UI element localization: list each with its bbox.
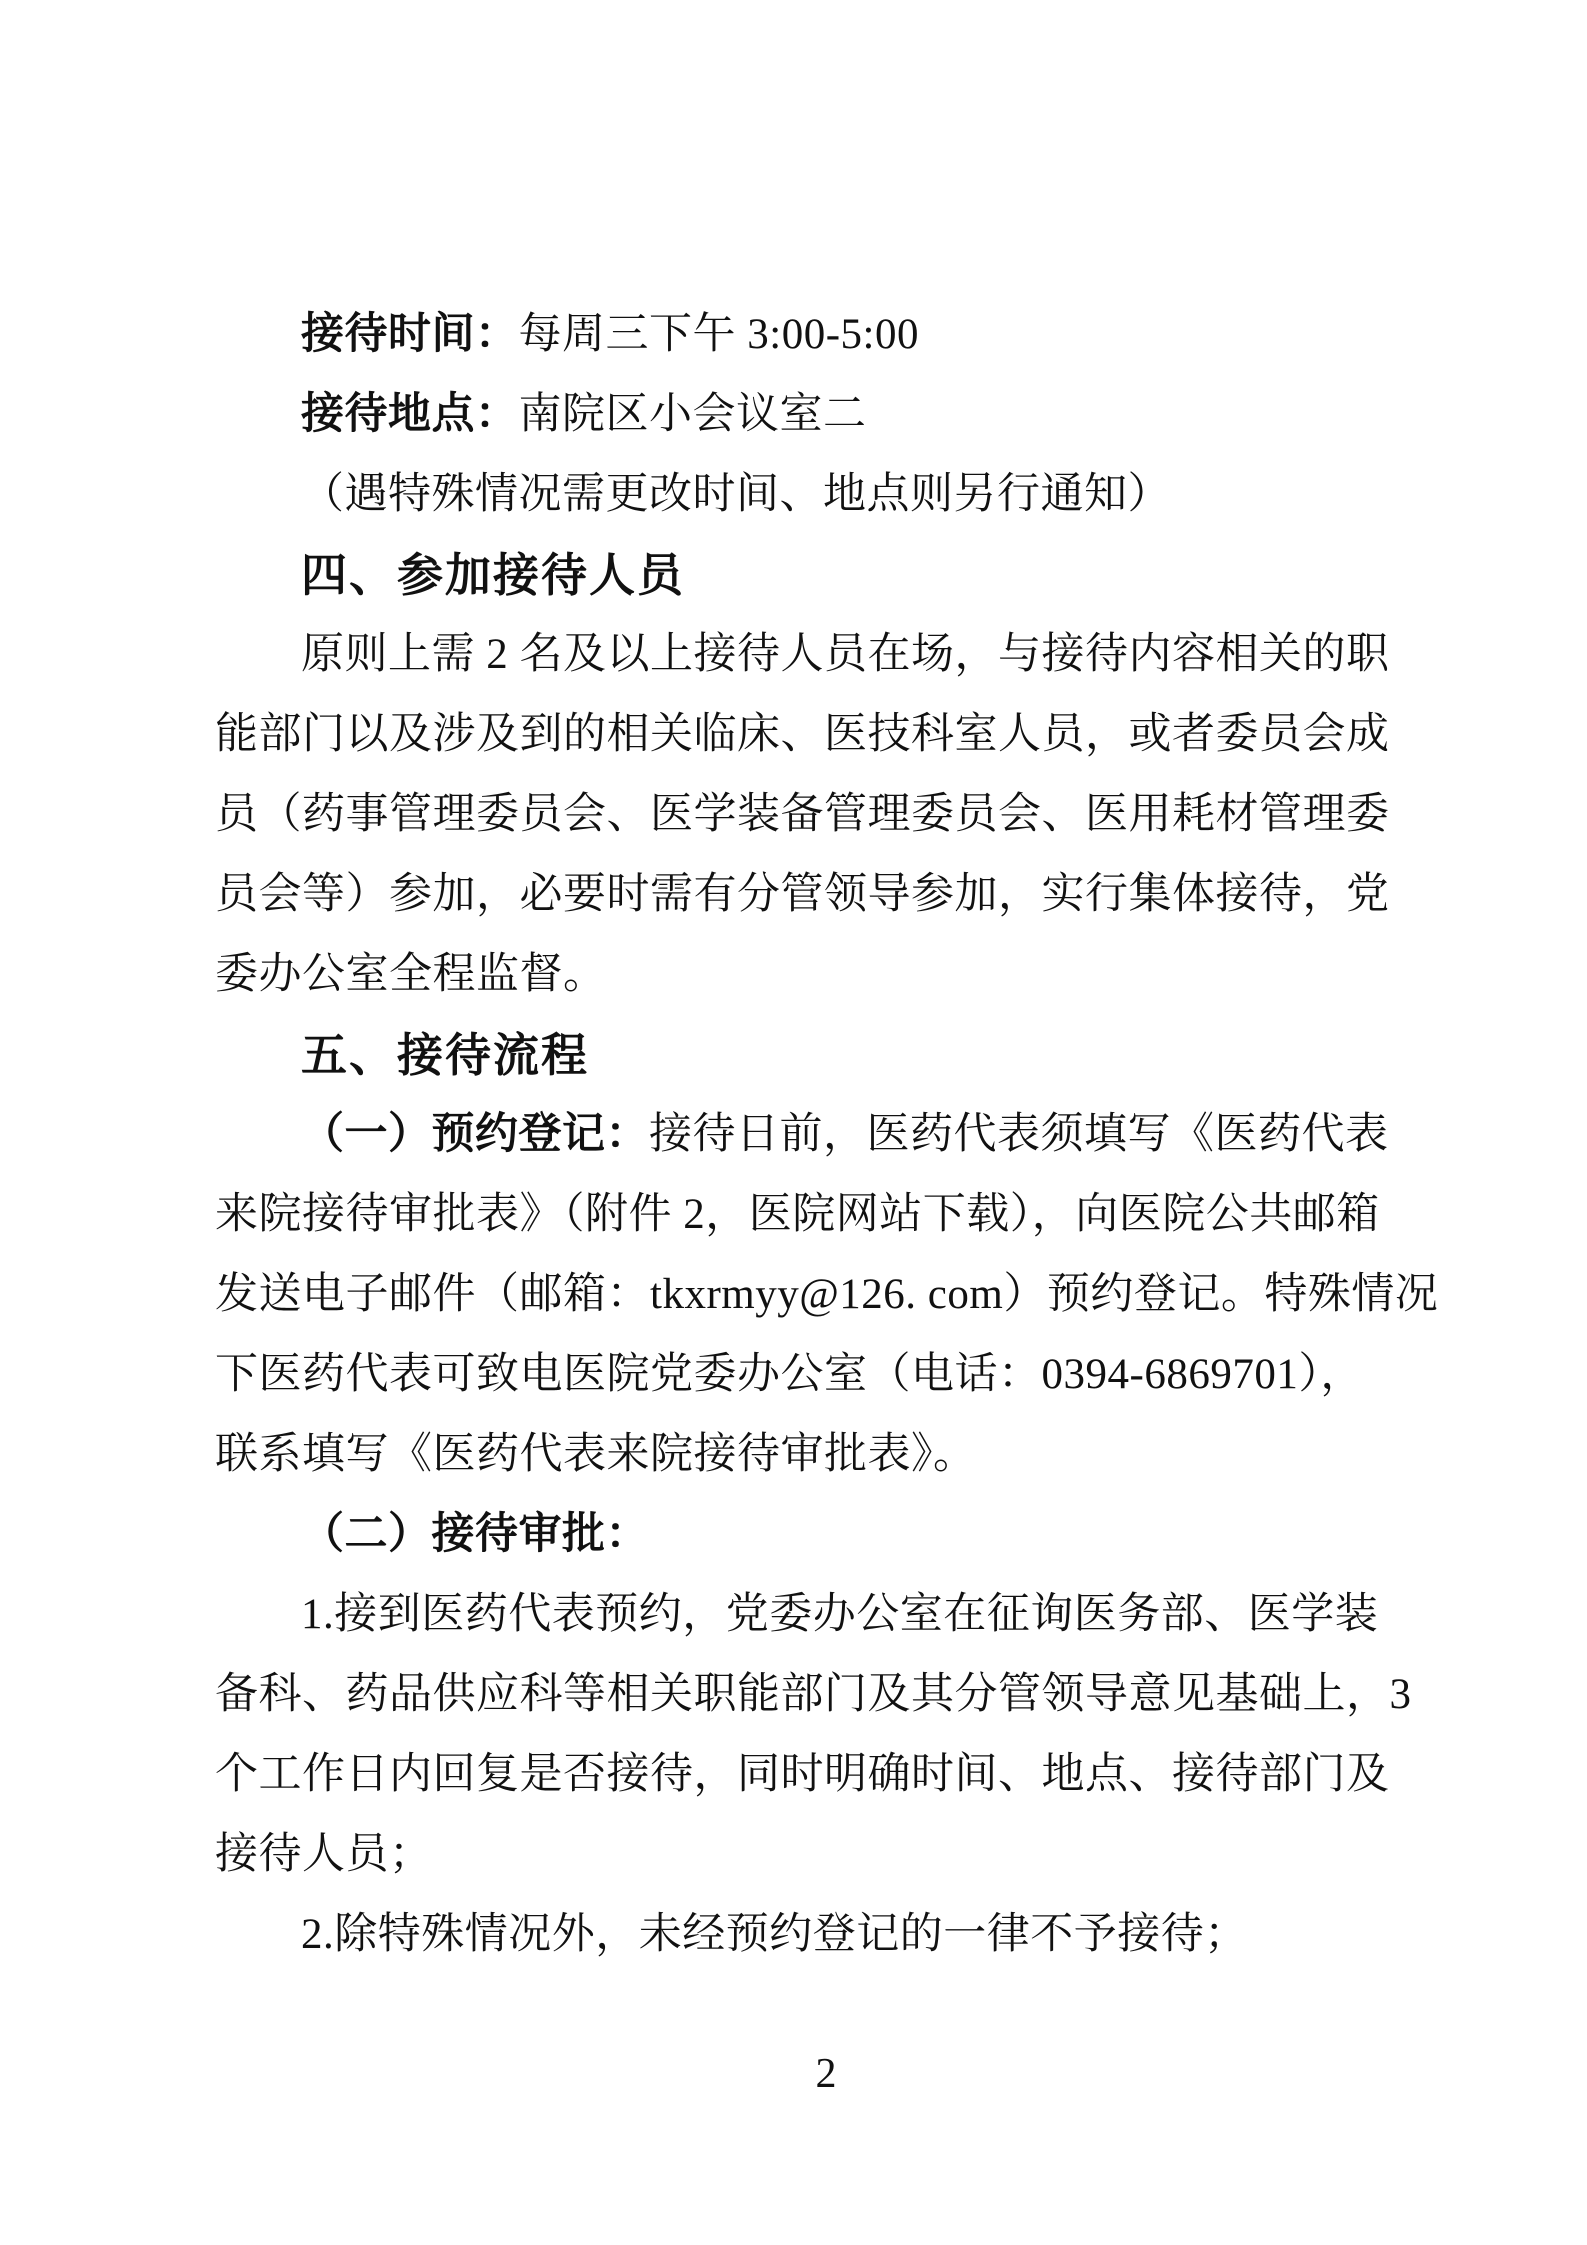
reception-place-value: 南院区小会议室二: [519, 391, 867, 438]
text-line-reception-place: 接待地点：南院区小会议室二: [215, 375, 1395, 455]
section-heading-5: 五、接待流程: [215, 1015, 1395, 1095]
text-line-registration: （一）预约登记：接待日前，医药代表须填写《医药代表: [215, 1095, 1395, 1175]
reception-time-value: 每周三下午 3:00-5:00: [519, 311, 919, 358]
text-line-phone: 下医药代表可致电医院党委办公室（电话：0394-6869701），: [215, 1335, 1395, 1415]
section-heading-5-text: 五、接待流程: [301, 1029, 589, 1081]
text-line: 员会等）参加，必要时需有分管领导参加，实行集体接待，党: [215, 855, 1395, 935]
text-line: 原则上需 2 名及以上接待人员在场，与接待内容相关的职: [215, 615, 1395, 695]
text-line: 委办公室全程监督。: [215, 935, 1395, 1015]
document-body: 接待时间：每周三下午 3:00-5:00 接待地点：南院区小会议室二 （遇特殊情…: [215, 295, 1395, 1975]
text-line: 备科、药品供应科等相关职能部门及其分管领导意见基础上，3: [215, 1655, 1395, 1735]
approval-label: （二）接待审批：: [301, 1511, 649, 1558]
text-line-reception-time: 接待时间：每周三下午 3:00-5:00: [215, 295, 1395, 375]
text-line-approval: （二）接待审批：: [215, 1495, 1395, 1575]
page-number: 2: [726, 2042, 926, 2106]
body-text: 委办公室全程监督。: [215, 951, 607, 998]
reception-place-label: 接待地点：: [301, 391, 519, 438]
body-text: 员（药事管理委员会、医学装备管理委员会、医用耗材管理委: [215, 791, 1390, 838]
body-text-phone: 下医药代表可致电医院党委办公室（电话：0394-6869701），: [215, 1351, 1364, 1398]
section-heading-4-text: 四、参加接待人员: [301, 549, 685, 601]
special-note-text: （遇特殊情况需更改时间、地点则另行通知）: [301, 471, 1171, 518]
body-text: 接待人员；: [215, 1831, 433, 1878]
text-line-email: 发送电子邮件（邮箱：tkxrmyy@126. com）预约登记。特殊情况: [215, 1255, 1395, 1335]
body-text-email: 发送电子邮件（邮箱：tkxrmyy@126. com）预约登记。特殊情况: [215, 1271, 1438, 1318]
text-line: 员（药事管理委员会、医学装备管理委员会、医用耗材管理委: [215, 775, 1395, 855]
document-page: 接待时间：每周三下午 3:00-5:00 接待地点：南院区小会议室二 （遇特殊情…: [0, 0, 1587, 2245]
text-line: 来院接待审批表》（附件 2，医院网站下载），向医院公共邮箱: [215, 1175, 1395, 1255]
body-text: 能部门以及涉及到的相关临床、医技科室人员，或者委员会成: [215, 711, 1390, 758]
registration-label: （一）预约登记：: [301, 1111, 649, 1158]
text-line-special-note: （遇特殊情况需更改时间、地点则另行通知）: [215, 455, 1395, 535]
body-text: 来院接待审批表》（附件 2，医院网站下载），向医院公共邮箱: [215, 1191, 1380, 1238]
section-heading-4: 四、参加接待人员: [215, 535, 1395, 615]
reception-time-label: 接待时间：: [301, 311, 519, 358]
text-line: 联系填写《医药代表来院接待审批表》。: [215, 1415, 1395, 1495]
body-text: 备科、药品供应科等相关职能部门及其分管领导意见基础上，3: [215, 1671, 1412, 1718]
body-text: 原则上需 2 名及以上接待人员在场，与接待内容相关的职: [301, 631, 1390, 678]
body-text: 个工作日内回复是否接待，同时明确时间、地点、接待部门及: [215, 1751, 1390, 1798]
body-text: 1.接到医药代表预约，党委办公室在征询医务部、医学装: [301, 1591, 1378, 1638]
text-line: 能部门以及涉及到的相关临床、医技科室人员，或者委员会成: [215, 695, 1395, 775]
body-text: 2.除特殊情况外，未经预约登记的一律不予接待；: [301, 1911, 1248, 1958]
text-line-item-2: 2.除特殊情况外，未经预约登记的一律不予接待；: [215, 1895, 1395, 1975]
body-text: 联系填写《医药代表来院接待审批表》。: [215, 1431, 977, 1478]
body-text: 员会等）参加，必要时需有分管领导参加，实行集体接待，党: [215, 871, 1390, 918]
text-line-item-1: 1.接到医药代表预约，党委办公室在征询医务部、医学装: [215, 1575, 1395, 1655]
body-text: 接待日前，医药代表须填写《医药代表: [649, 1111, 1389, 1158]
text-line: 接待人员；: [215, 1815, 1395, 1895]
text-line: 个工作日内回复是否接待，同时明确时间、地点、接待部门及: [215, 1735, 1395, 1815]
